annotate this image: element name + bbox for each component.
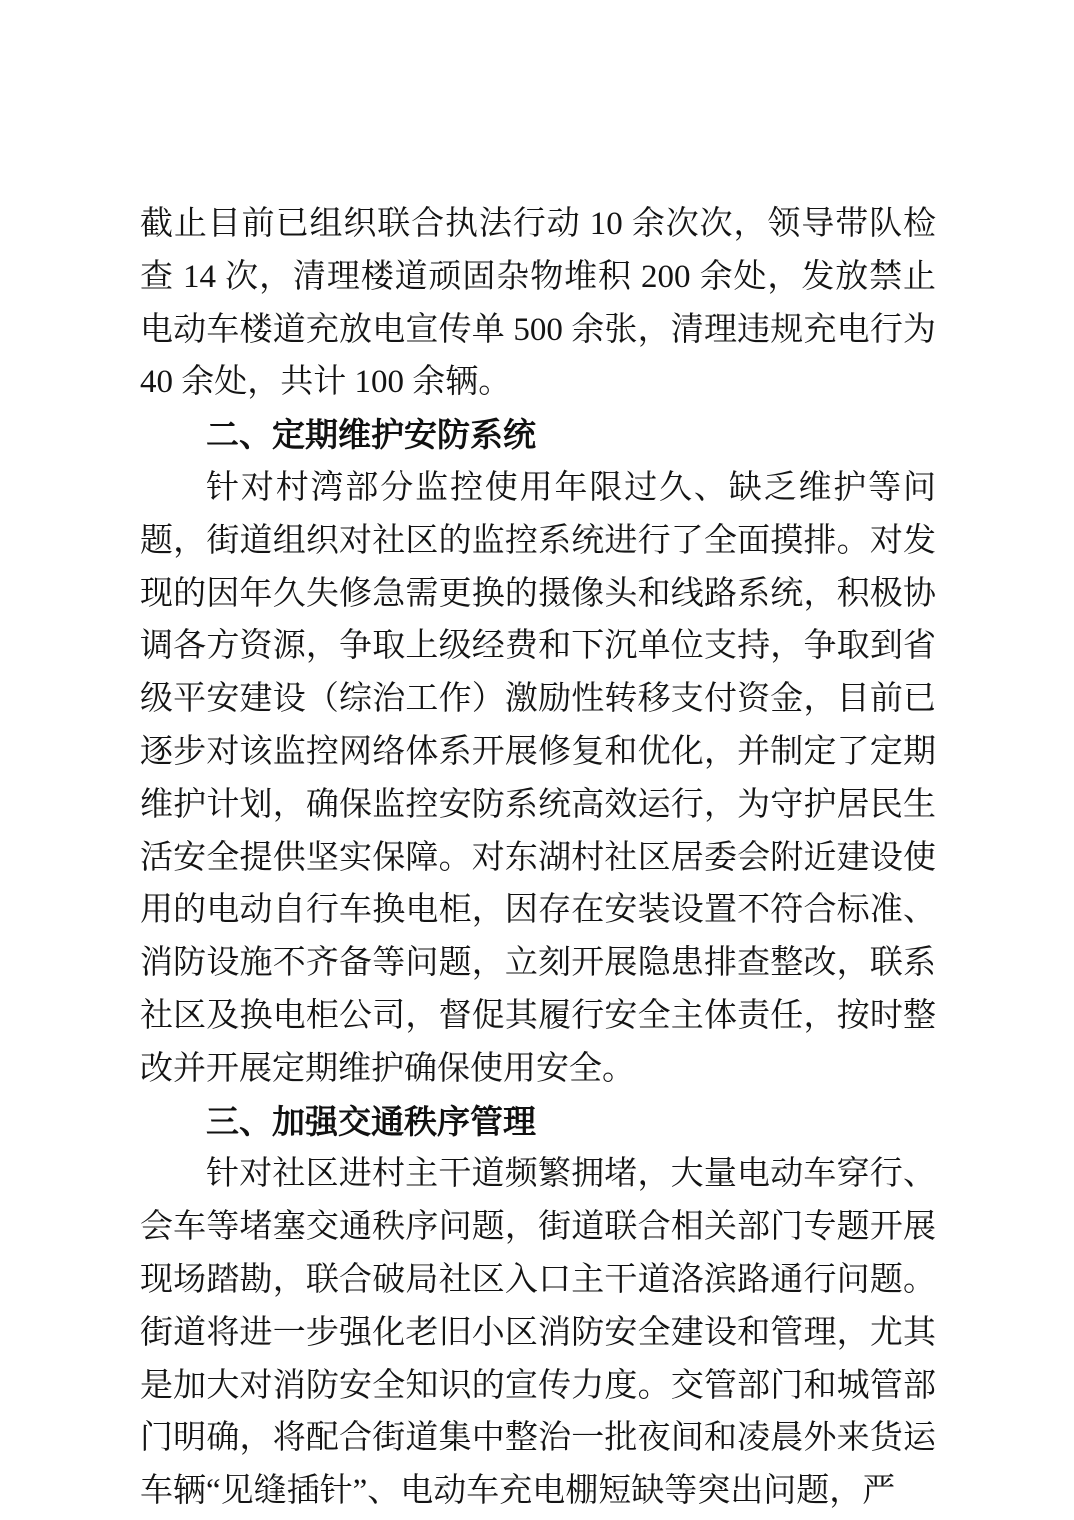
document-content: 截止目前已组织联合执法行动 10 余次次，领导带队检查 14 次，清理楼道顽固杂… xyxy=(140,198,936,1518)
document-page: 截止目前已组织联合执法行动 10 余次次，领导带队检查 14 次，清理楼道顽固杂… xyxy=(0,0,1074,1520)
paragraph-traffic-order-management: 针对社区进村主干道频繁拥堵，大量电动车穿行、会车等堵塞交通秩序问题，街道联合相关… xyxy=(140,1148,936,1518)
section-heading-2-security-maintenance: 二、定期维护安防系统 xyxy=(140,409,936,462)
section-heading-3-traffic-order: 三、加强交通秩序管理 xyxy=(140,1096,936,1149)
paragraph-security-system-maintenance: 针对村湾部分监控使用年限过久、缺乏维护等问题，街道组织对社区的监控系统进行了全面… xyxy=(140,462,936,1096)
paragraph-enforcement-stats-continued: 截止目前已组织联合执法行动 10 余次次，领导带队检查 14 次，清理楼道顽固杂… xyxy=(140,198,936,409)
